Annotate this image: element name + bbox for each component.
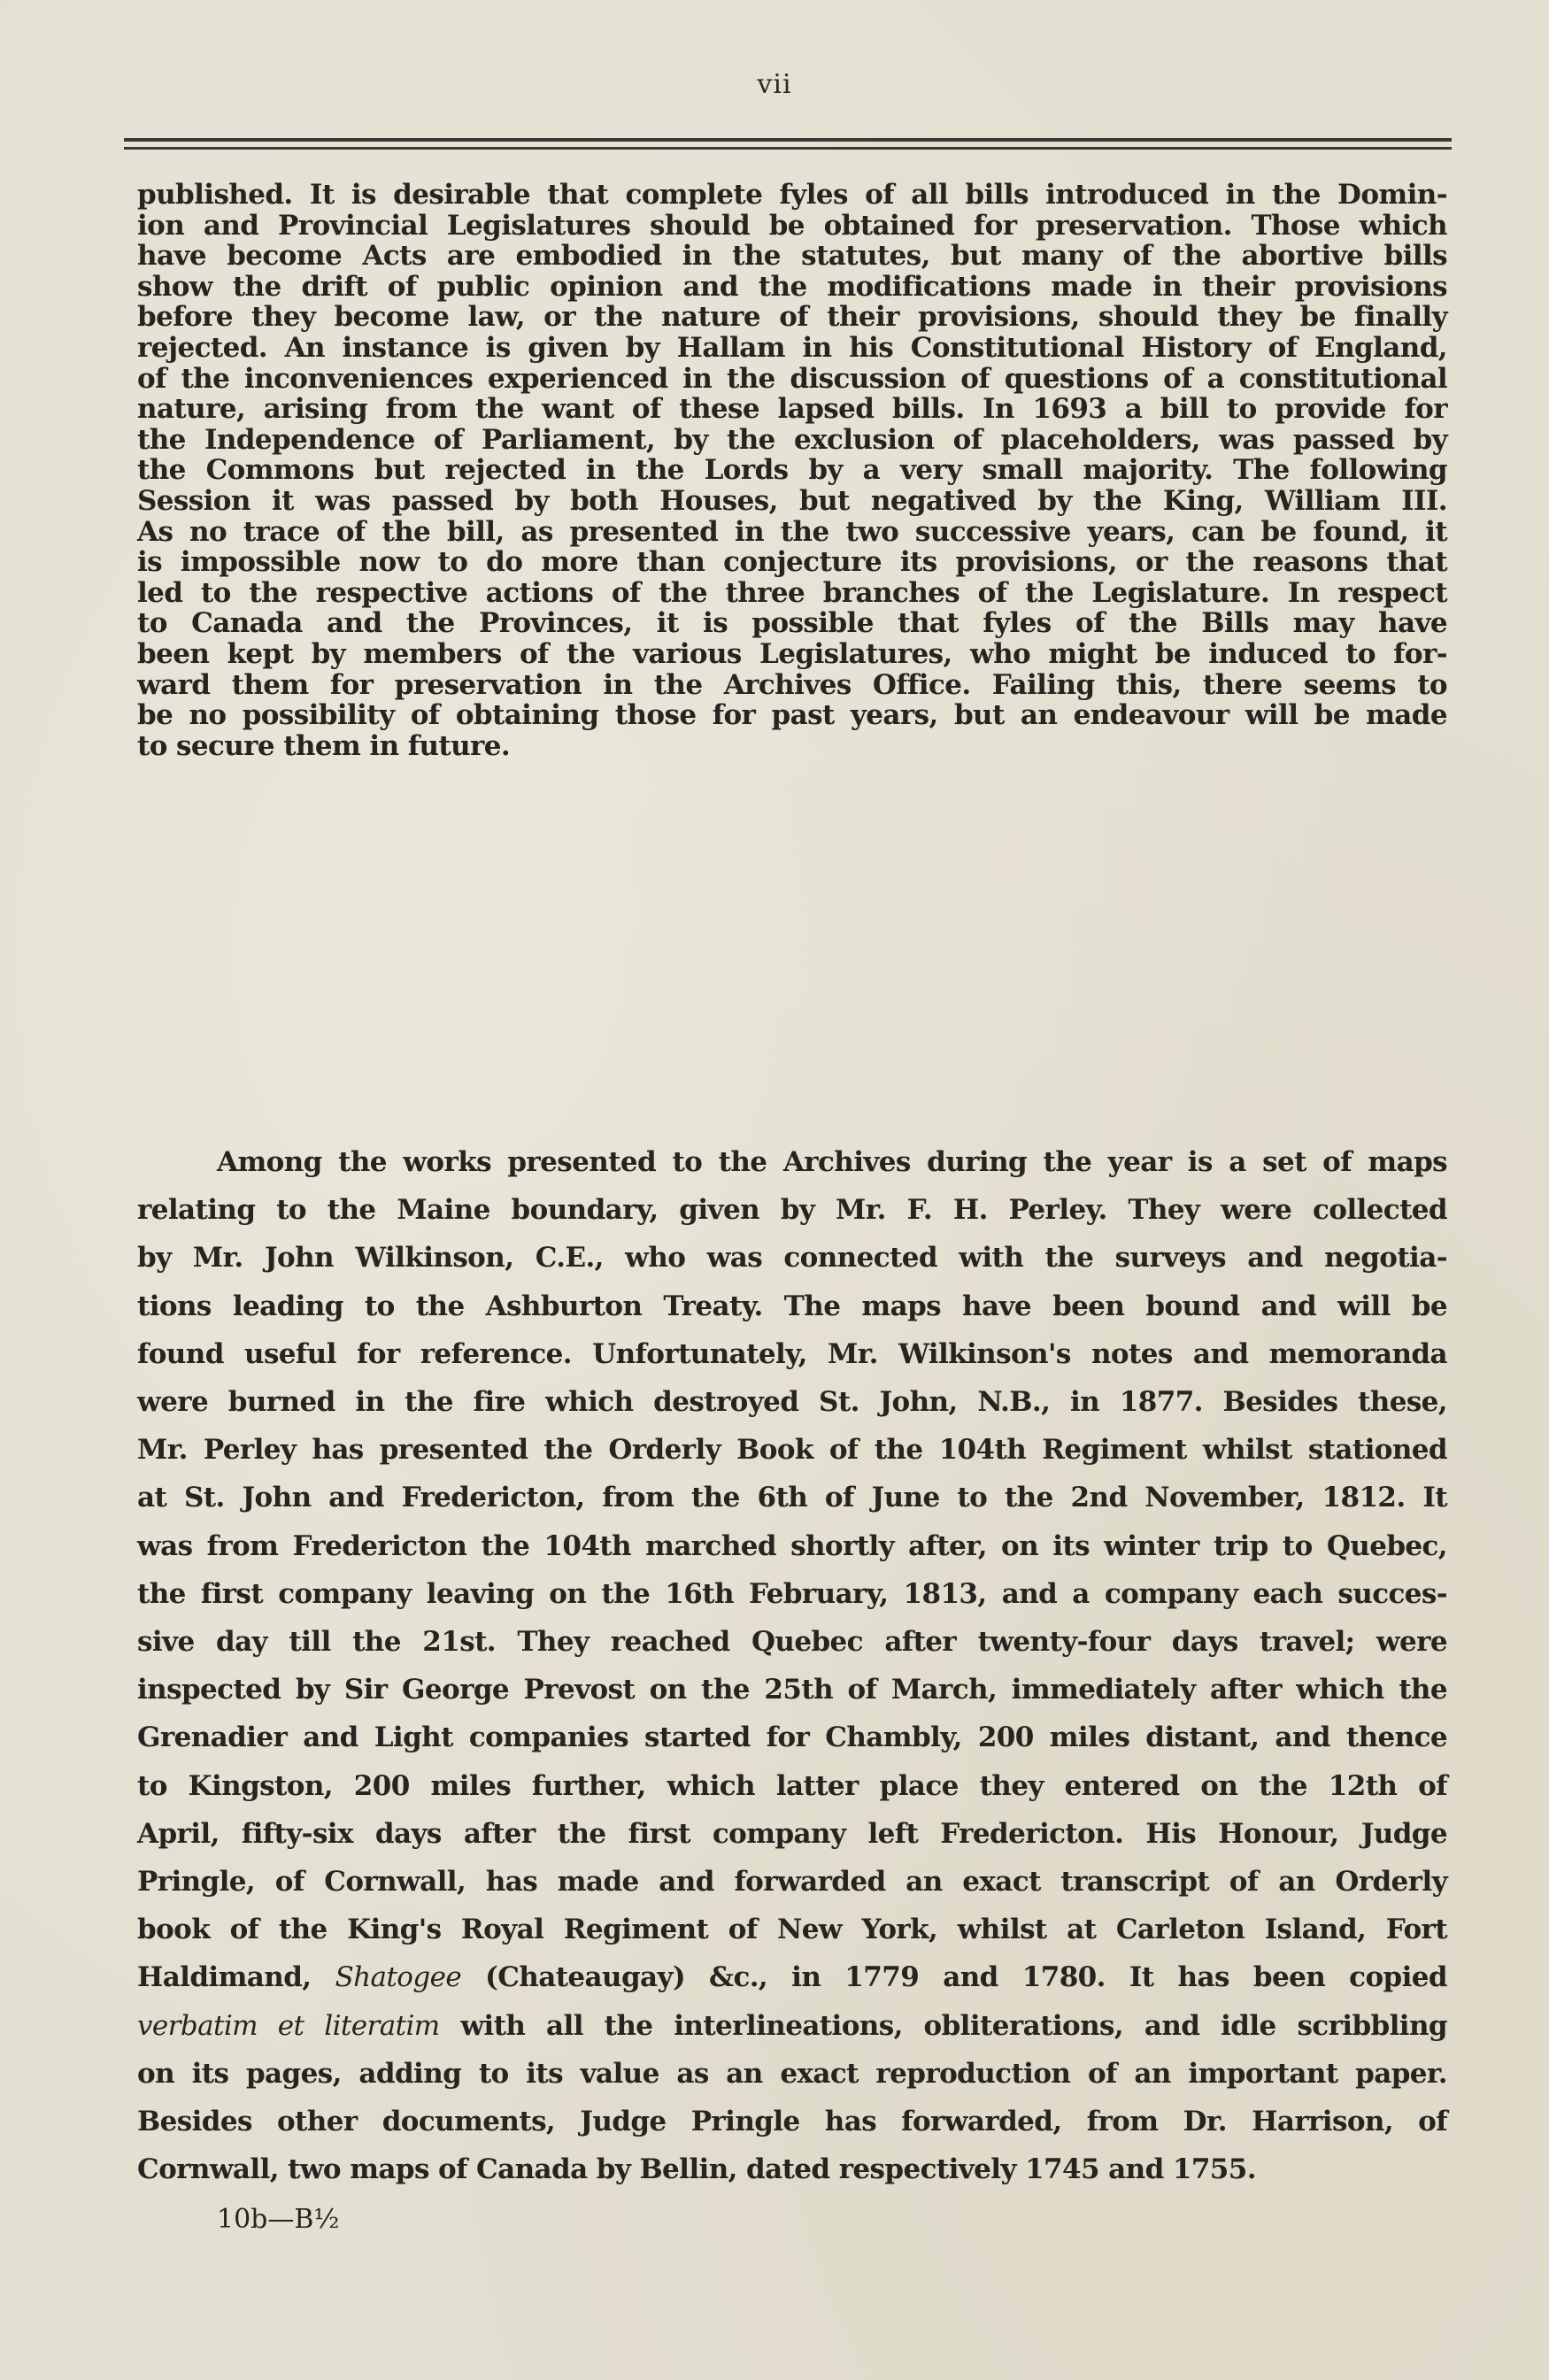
- text-line: Besides other documents, Judge Pringle h…: [137, 2104, 1447, 2139]
- text-line: tions leading to the Ashburton Treaty. T…: [137, 1289, 1447, 1324]
- text-line: were burned in the fire which destroyed …: [137, 1384, 1447, 1420]
- text-line: Cornwall, two maps of Canada by Bellin, …: [137, 2152, 1447, 2187]
- text-line: to secure them in future.: [137, 728, 1447, 764]
- text-line: inspected by Sir George Prevost on the 2…: [137, 1672, 1447, 1707]
- text-line: Grenadier and Light companies started fo…: [137, 1720, 1447, 1755]
- text-line: book of the King's Royal Regiment of New…: [137, 1912, 1447, 1947]
- text-line: was from Fredericton the 104th marched s…: [137, 1529, 1447, 1564]
- printer-signature-mark: 10b—B½: [217, 2204, 340, 2235]
- text-line: sive day till the 21st. They reached Que…: [137, 1624, 1447, 1660]
- text-line: Haldimand, Shatogee (Chateaugay) &c., in…: [137, 1960, 1447, 1995]
- text-line: April, fifty-six days after the first co…: [137, 1816, 1447, 1852]
- text-line: Among the works presented to the Archive…: [217, 1144, 1447, 1180]
- italic-phrase: verbatim et literatim: [137, 2010, 440, 2042]
- header-rule-bottom: [124, 147, 1452, 150]
- header-rule-top: [124, 138, 1452, 142]
- italic-phrase: Shatogee: [335, 1961, 462, 1993]
- text-line: Pringle, of Cornwall, has made and forwa…: [137, 1864, 1447, 1899]
- text-line: at St. John and Fredericton, from the 6t…: [137, 1480, 1447, 1515]
- text-line: on its pages, adding to its value as an …: [137, 2056, 1447, 2091]
- text-line: the first company leaving on the 16th Fe…: [137, 1576, 1447, 1612]
- text-line: verbatim et literatim with all the inter…: [137, 2008, 1447, 2044]
- text-line: Mr. Perley has presented the Orderly Boo…: [137, 1432, 1447, 1467]
- page-number: vii: [0, 69, 1549, 100]
- text-line: relating to the Maine boundary, given by…: [137, 1192, 1447, 1228]
- text-line: by Mr. John Wilkinson, C.E., who was con…: [137, 1240, 1447, 1275]
- text-line: to Kingston, 200 miles further, which la…: [137, 1768, 1447, 1804]
- document-page: vii published. It is desirable that comp…: [0, 0, 1549, 2380]
- text-line: found useful for reference. Unfortunatel…: [137, 1336, 1447, 1372]
